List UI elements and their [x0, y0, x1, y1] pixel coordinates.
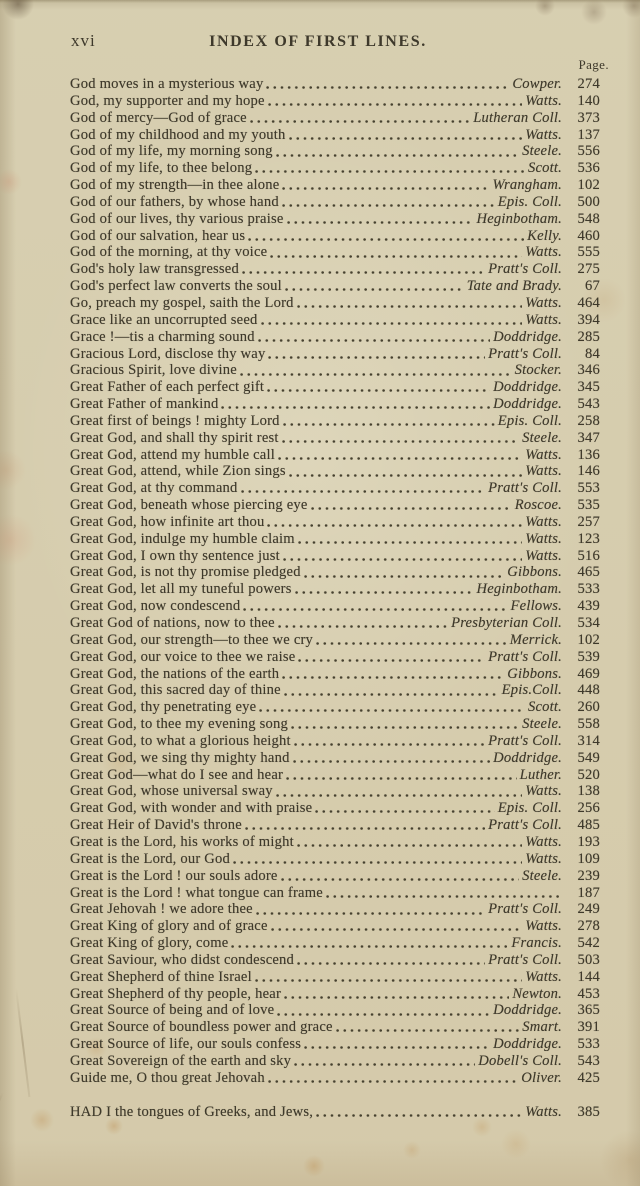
entry-page-number: 556 — [562, 143, 600, 160]
entry-page-number: 460 — [562, 228, 600, 245]
dot-leader — [296, 295, 523, 312]
index-entry: God of my strength—in thee alone Wrangha… — [70, 177, 600, 194]
entry-author: Watts. — [525, 548, 562, 565]
index-entry: Great King of glory and of grace Watts. … — [70, 918, 600, 935]
entry-page-number: 439 — [562, 598, 600, 615]
entry-first-line: Go, preach my gospel, saith the Lord — [70, 295, 294, 312]
entry-page-number: 347 — [562, 430, 600, 447]
index-entry: Great Source of life, our souls confess … — [70, 1036, 600, 1053]
index-entry: Great God—what do I see and hear Luther.… — [70, 767, 600, 784]
entry-first-line: Great God, this sacred day of thine — [70, 682, 281, 699]
entry-first-line: Great Source of boundless power and grac… — [70, 1019, 333, 1036]
entry-first-line: Great God, whose universal sway — [70, 783, 273, 800]
dot-leader — [269, 244, 522, 261]
entry-page-number: 520 — [562, 767, 600, 784]
entry-author: Steele. — [522, 430, 562, 447]
index-entry: Great God, with wonder and with praise E… — [70, 800, 600, 817]
crease-line — [0, 1092, 4, 1186]
entry-author: Pratt's Coll. — [488, 346, 562, 363]
scanned-book-page: xvi INDEX OF FIRST LINES. Page. God move… — [0, 0, 640, 1186]
dot-leader — [267, 346, 485, 363]
entry-first-line: God of our fathers, by whose hand — [70, 194, 279, 211]
dot-leader — [277, 615, 448, 632]
dot-leader — [277, 447, 522, 464]
entry-author: Dobell's Coll. — [478, 1053, 562, 1070]
dot-leader — [282, 548, 522, 565]
entry-first-line: Great is the Lord ! what tongue can fram… — [70, 885, 323, 902]
dot-leader — [266, 514, 522, 531]
entry-author: Doddridge. — [493, 329, 562, 346]
index-entry: Great Shepherd of thy people, hear Newto… — [70, 986, 600, 1003]
entry-first-line: Great God, and shall thy spirit rest — [70, 430, 279, 447]
entry-first-line: Great Shepherd of thine Israel — [70, 969, 252, 986]
entry-author: Doddridge. — [493, 379, 562, 396]
entry-first-line: Great is the Lord, our God — [70, 851, 230, 868]
entry-page-number: 453 — [562, 986, 600, 1003]
entry-author: Watts. — [525, 531, 562, 548]
entry-first-line: God of the morning, at thy voice — [70, 244, 267, 261]
entry-page-number: 278 — [562, 918, 600, 935]
index-entry: Great God, this sacred day of thine Epis… — [70, 682, 600, 699]
entry-page-number: 187 — [562, 885, 600, 902]
entry-page-number: 275 — [562, 261, 600, 278]
entry-author: Watts. — [525, 969, 562, 986]
dot-leader — [281, 666, 504, 683]
entry-author: Heginbotham. — [477, 581, 563, 598]
dot-leader — [283, 682, 499, 699]
entry-author: Pratt's Coll. — [488, 261, 562, 278]
entry-author: Heginbotham. — [477, 211, 563, 228]
entry-first-line: Great Saviour, who didst condescend — [70, 952, 294, 969]
entry-page-number: 136 — [562, 447, 600, 464]
index-entry: Great God, now condescend Fellows. 439 — [70, 598, 600, 615]
index-entry: Great is the Lord ! our souls adore Stee… — [70, 868, 600, 885]
index-entry: Great Jehovah ! we adore thee Pratt's Co… — [70, 901, 600, 918]
dot-leader — [293, 733, 485, 750]
entry-first-line: Great King of glory, come — [70, 935, 228, 952]
entry-page-number: 448 — [562, 682, 600, 699]
entry-first-line: God of my life, to thee belong — [70, 160, 252, 177]
dot-leader — [292, 750, 491, 767]
entry-author: Gibbons. — [507, 666, 562, 683]
index-entry: Great God, indulge my humble claim Watts… — [70, 531, 600, 548]
entry-first-line: God of my childhood and my youth — [70, 127, 286, 144]
entry-page-number: 67 — [562, 278, 600, 295]
dot-leader — [303, 1036, 490, 1053]
entry-page-number: 391 — [562, 1019, 600, 1036]
entry-first-line: Great God—what do I see and hear — [70, 767, 283, 784]
index-entry: Great God, let all my tuneful powers Heg… — [70, 581, 600, 598]
dot-leader — [281, 177, 489, 194]
index-entry: God of mercy—God of grace Lutheran Coll.… — [70, 110, 600, 127]
entry-first-line: Great is the Lord ! our souls adore — [70, 868, 278, 885]
index-entry: Guide me, O thou great Jehovah Oliver. 4… — [70, 1070, 600, 1087]
entry-first-line: Great Jehovah ! we adore thee — [70, 901, 253, 918]
index-entry: Great Heir of David's throne Pratt's Col… — [70, 817, 600, 834]
index-entry: Great God, thy penetrating eye Scott. 26… — [70, 699, 600, 716]
index-entry: Great Father of each perfect gift Doddri… — [70, 379, 600, 396]
entry-page-number: 469 — [562, 666, 600, 683]
entry-page-number: 140 — [562, 93, 600, 110]
entry-page-number: 138 — [562, 783, 600, 800]
entry-page-number: 516 — [562, 548, 600, 565]
entry-first-line: Great God, with wonder and with praise — [70, 800, 312, 817]
entry-author: Doddridge. — [493, 750, 562, 767]
dot-leader — [266, 379, 490, 396]
entry-page-number: 425 — [562, 1070, 600, 1087]
entry-page-number: 146 — [562, 463, 600, 480]
entry-author: Steele. — [522, 716, 562, 733]
dot-leader — [270, 918, 523, 935]
index-entry: Gracious Spirit, love divine Stocker. 34… — [70, 362, 600, 379]
entry-author: Oliver. — [521, 1070, 562, 1087]
entry-author: Wrangham. — [492, 177, 562, 194]
index-entry: Great God, attend my humble call Watts. … — [70, 447, 600, 464]
entry-first-line: Great God, indulge my humble claim — [70, 531, 295, 548]
index-entry: Gracious Lord, disclose thy way Pratt's … — [70, 346, 600, 363]
entry-author: Scott. — [528, 160, 562, 177]
dot-leader — [240, 480, 486, 497]
entry-page-number: 314 — [562, 733, 600, 750]
entry-first-line: Grace like an uncorrupted seed — [70, 312, 258, 329]
entry-first-line: Great Sovereign of the earth and sky — [70, 1053, 291, 1070]
entry-page-number: 123 — [562, 531, 600, 548]
entry-first-line: Great God, our strength—to thee we cry — [70, 632, 313, 649]
entry-page-number: 542 — [562, 935, 600, 952]
entry-first-line: Great is the Lord, his works of might — [70, 834, 294, 851]
entry-author: Watts. — [525, 93, 562, 110]
entry-author: Watts. — [525, 918, 562, 935]
entry-first-line: Great Father of mankind — [70, 396, 218, 413]
entry-first-line: Great God, thy penetrating eye — [70, 699, 256, 716]
dot-leader — [265, 76, 509, 93]
entry-author: Tate and Brady. — [467, 278, 562, 295]
entry-author: Pratt's Coll. — [488, 901, 562, 918]
entry-author: Pratt's Coll. — [488, 952, 562, 969]
entry-author: Doddridge. — [493, 1036, 562, 1053]
entry-first-line: Great first of beings ! mighty Lord — [70, 413, 280, 430]
entry-first-line: Great God, now condescend — [70, 598, 240, 615]
entry-author: Fellows. — [511, 598, 562, 615]
entry-author: Roscoe. — [515, 497, 562, 514]
entry-author: Steele. — [522, 143, 562, 160]
entry-first-line: Gracious Lord, disclose thy way — [70, 346, 265, 363]
index-entry: Go, preach my gospel, saith the Lord Wat… — [70, 295, 600, 312]
entry-page-number: 500 — [562, 194, 600, 211]
entry-first-line: God, my supporter and my hope — [70, 93, 265, 110]
index-entry: Grace like an uncorrupted seed Watts. 39… — [70, 312, 600, 329]
entry-page-number: 345 — [562, 379, 600, 396]
dot-leader — [230, 935, 508, 952]
dot-leader — [315, 632, 507, 649]
index-entry: Great God, attend, while Zion sings Watt… — [70, 463, 600, 480]
dot-leader — [296, 952, 485, 969]
entry-first-line: Guide me, O thou great Jehovah — [70, 1070, 265, 1087]
entry-page-number: 548 — [562, 211, 600, 228]
dot-leader — [280, 868, 520, 885]
entry-first-line: Great God, let all my tuneful powers — [70, 581, 292, 598]
page-title: INDEX OF FIRST LINES. — [0, 33, 636, 51]
entry-page-number: 535 — [562, 497, 600, 514]
entry-author: Watts. — [525, 834, 562, 851]
entry-author: Epis.Coll. — [502, 682, 562, 699]
dot-leader — [310, 497, 512, 514]
entry-page-number: 257 — [562, 514, 600, 531]
entry-page-number: 102 — [562, 632, 600, 649]
dot-leader — [275, 783, 522, 800]
entry-author: Cowper. — [512, 76, 562, 93]
entry-page-number: 533 — [562, 581, 600, 598]
dot-leader — [276, 1002, 490, 1019]
entry-page-number: 285 — [562, 329, 600, 346]
dot-leader — [247, 228, 524, 245]
dot-leader — [275, 143, 519, 160]
entry-first-line: Great Source of being and of love — [70, 1002, 274, 1019]
entry-first-line: Great Father of each perfect gift — [70, 379, 264, 396]
index-entry: Great King of glory, come Francis. 542 — [70, 935, 600, 952]
index-entry: God of our fathers, by whose hand Epis. … — [70, 194, 600, 211]
dot-leader — [241, 261, 485, 278]
entry-first-line: Great God, how infinite art thou — [70, 514, 264, 531]
dot-leader — [303, 564, 505, 581]
entry-page-number: 503 — [562, 952, 600, 969]
index-entry: God's perfect law converts the soul Tate… — [70, 278, 600, 295]
dot-leader — [288, 463, 523, 480]
entry-author: Watts. — [525, 514, 562, 531]
index-entry: Great Source of boundless power and grac… — [70, 1019, 600, 1036]
dot-leader — [255, 901, 485, 918]
entry-first-line: Grace !—tis a charming sound — [70, 329, 255, 346]
entry-first-line: Great God, beneath whose piercing eye — [70, 497, 308, 514]
index-entry: Great God, is not thy promise pledged Gi… — [70, 564, 600, 581]
dot-leader — [296, 834, 522, 851]
entry-author: Watts. — [525, 463, 562, 480]
entry-author: Watts. — [525, 447, 562, 464]
entry-author: Watts. — [525, 295, 562, 312]
entry-first-line: Gracious Spirit, love divine — [70, 362, 237, 379]
dot-leader — [314, 800, 495, 817]
index-entry: Great first of beings ! mighty Lord Epis… — [70, 413, 600, 430]
entry-first-line: God's perfect law converts the soul — [70, 278, 282, 295]
entry-page-number: 543 — [562, 1053, 600, 1070]
entry-first-line: God of my life, my morning song — [70, 143, 273, 160]
entry-first-line: God moves in a mysterious way — [70, 76, 263, 93]
entry-first-line: God of my strength—in thee alone — [70, 177, 279, 194]
dot-leader — [244, 817, 485, 834]
entry-first-line: Great God, we sing thy mighty hand — [70, 750, 290, 767]
entry-author: Presbyterian Coll. — [451, 615, 562, 632]
entry-author: Watts. — [525, 851, 562, 868]
page-column-label: Page. — [578, 57, 609, 73]
index-entry: God, my supporter and my hope Watts. 140 — [70, 93, 600, 110]
entry-first-line: Great God, at thy command — [70, 480, 238, 497]
entry-author: Pratt's Coll. — [488, 649, 562, 666]
index-entry: God moves in a mysterious way Cowper. 27… — [70, 76, 600, 93]
index-entry: God of my life, my morning song Steele. … — [70, 143, 600, 160]
dot-leader — [239, 362, 512, 379]
entry-author: Watts. — [525, 244, 562, 261]
entry-author: Watts. — [525, 783, 562, 800]
index-entry: God of our lives, thy various praise Heg… — [70, 211, 600, 228]
dot-leader — [288, 127, 523, 144]
entry-author: Watts. — [525, 127, 562, 144]
entry-author: Lutheran Coll. — [473, 110, 562, 127]
index-entry: Great God, to thee my evening song Steel… — [70, 716, 600, 733]
entry-page-number: 258 — [562, 413, 600, 430]
entry-page-number: 84 — [562, 346, 600, 363]
entry-author: Pratt's Coll. — [488, 733, 562, 750]
index-entry: Great God, our strength—to thee we cry M… — [70, 632, 600, 649]
entry-author: Smart. — [522, 1019, 562, 1036]
index-entry: Great God, at thy command Pratt's Coll. … — [70, 480, 600, 497]
entry-page-number: 539 — [562, 649, 600, 666]
index-entry: Great is the Lord ! what tongue can fram… — [70, 885, 600, 902]
entry-first-line: Great God of nations, now to thee — [70, 615, 275, 632]
entry-author: Epis. Coll. — [498, 194, 562, 211]
entry-author: Luther. — [520, 767, 562, 784]
dot-leader — [281, 430, 519, 447]
entry-page-number: 555 — [562, 244, 600, 261]
index-entry: Great Shepherd of thine Israel Watts. 14… — [70, 969, 600, 986]
entry-first-line: Great God, to what a glorious height — [70, 733, 291, 750]
entry-first-line: God of our salvation, hear us — [70, 228, 245, 245]
index-entry: God of my life, to thee belong Scott. 53… — [70, 160, 600, 177]
entry-first-line: Great Heir of David's throne — [70, 817, 242, 834]
index-entry: God's holy law transgressed Pratt's Coll… — [70, 261, 600, 278]
entry-first-line: Great God, to thee my evening song — [70, 716, 288, 733]
entry-first-line: God of our lives, thy various praise — [70, 211, 284, 228]
entry-page-number: 543 — [562, 396, 600, 413]
dot-leader — [283, 986, 509, 1003]
dot-leader — [285, 767, 517, 784]
dot-leader — [284, 278, 464, 295]
dot-leader — [315, 1104, 522, 1121]
index-entry: HAD I the tongues of Greeks, and Jews, W… — [70, 1104, 600, 1121]
crease-line — [15, 988, 30, 1097]
entry-page-number: 465 — [562, 564, 600, 581]
entry-page-number: 536 — [562, 160, 600, 177]
index-entry: Great God of nations, now to thee Presby… — [70, 615, 600, 632]
entry-page-number: 144 — [562, 969, 600, 986]
entry-page-number: 260 — [562, 699, 600, 716]
entry-first-line: Great God, I own thy sentence just — [70, 548, 280, 565]
entry-page-number: 549 — [562, 750, 600, 767]
entry-page-number: 533 — [562, 1036, 600, 1053]
entry-page-number: 137 — [562, 127, 600, 144]
entry-page-number: 464 — [562, 295, 600, 312]
dot-leader — [267, 93, 523, 110]
dot-leader — [290, 716, 519, 733]
entry-page-number: 534 — [562, 615, 600, 632]
index-entry: Great is the Lord, our God Watts. 109 — [70, 851, 600, 868]
dot-leader — [257, 329, 490, 346]
index-entry: Great God, how infinite art thou Watts. … — [70, 514, 600, 531]
index-entry: Great God, I own thy sentence just Watts… — [70, 548, 600, 565]
dot-leader — [258, 699, 525, 716]
dot-leader — [335, 1019, 520, 1036]
index-entry: Great God, to what a glorious height Pra… — [70, 733, 600, 750]
entry-page-number: 385 — [562, 1104, 600, 1121]
dot-leader — [267, 1070, 518, 1087]
entry-author: Newton. — [512, 986, 562, 1003]
entry-author: Francis. — [511, 935, 562, 952]
index-entry: Great Saviour, who didst condescend Prat… — [70, 952, 600, 969]
index-entry: Great God, we sing thy mighty hand Doddr… — [70, 750, 600, 767]
entry-first-line: Great Source of life, our souls confess — [70, 1036, 301, 1053]
entry-author: Scott. — [528, 699, 562, 716]
index-entry: Great God, whose universal sway Watts. 1… — [70, 783, 600, 800]
index-entry: Great Sovereign of the earth and sky Dob… — [70, 1053, 600, 1070]
entry-author: Epis. Coll. — [498, 800, 562, 817]
entry-author: Pratt's Coll. — [488, 480, 562, 497]
dot-leader — [281, 194, 495, 211]
dot-leader — [293, 1053, 475, 1070]
entry-first-line: Great King of glory and of grace — [70, 918, 268, 935]
entry-page-number: 394 — [562, 312, 600, 329]
entry-page-number: 373 — [562, 110, 600, 127]
entry-page-number: 102 — [562, 177, 600, 194]
dot-leader — [220, 396, 490, 413]
index-entry: Great God, our voice to thee we raise Pr… — [70, 649, 600, 666]
entry-page-number: 109 — [562, 851, 600, 868]
entry-page-number: 256 — [562, 800, 600, 817]
entry-page-number: 558 — [562, 716, 600, 733]
dot-leader — [282, 413, 495, 430]
index-entry: God of the morning, at thy voice Watts. … — [70, 244, 600, 261]
entry-author: Epis. Coll. — [498, 413, 562, 430]
entry-author: Doddridge. — [493, 1002, 562, 1019]
dot-leader — [242, 598, 507, 615]
index-entry: Great God, the nations of the earth Gibb… — [70, 666, 600, 683]
dot-leader — [260, 312, 523, 329]
entry-page-number: 274 — [562, 76, 600, 93]
entry-author: Kelly. — [527, 228, 562, 245]
entry-page-number: 249 — [562, 901, 600, 918]
index-entry: God of our salvation, hear us Kelly. 460 — [70, 228, 600, 245]
entry-author: Pratt's Coll. — [488, 817, 562, 834]
entry-first-line: Great Shepherd of thy people, hear — [70, 986, 281, 1003]
index-entry: Great is the Lord, his works of might Wa… — [70, 834, 600, 851]
dot-leader — [325, 885, 559, 902]
index-entry: Great God, and shall thy spirit rest Ste… — [70, 430, 600, 447]
entry-first-line: Great God, our voice to thee we raise — [70, 649, 295, 666]
entry-first-line: HAD I the tongues of Greeks, and Jews, — [70, 1104, 313, 1121]
dot-leader — [286, 211, 474, 228]
dot-leader — [294, 581, 474, 598]
entry-author: Stocker. — [515, 362, 562, 379]
dot-leader — [232, 851, 522, 868]
entry-first-line: God's holy law transgressed — [70, 261, 239, 278]
entry-author: Doddridge. — [493, 396, 562, 413]
index-entry: God of my childhood and my youth Watts. … — [70, 127, 600, 144]
index-entry: Grace !—tis a charming sound Doddridge. … — [70, 329, 600, 346]
entry-first-line: Great God, is not thy promise pledged — [70, 564, 301, 581]
dot-leader — [297, 531, 522, 548]
index-entry: Great Father of mankind Doddridge. 543 — [70, 396, 600, 413]
entry-author: Watts. — [525, 1104, 562, 1121]
entry-author: Merrick. — [510, 632, 562, 649]
entry-first-line: God of mercy—God of grace — [70, 110, 247, 127]
entry-page-number: 553 — [562, 480, 600, 497]
entry-first-line: Great God, the nations of the earth — [70, 666, 279, 683]
dot-leader — [254, 969, 522, 986]
entry-page-number: 239 — [562, 868, 600, 885]
dot-leader — [249, 110, 470, 127]
entry-page-number: 365 — [562, 1002, 600, 1019]
entry-page-number: 346 — [562, 362, 600, 379]
entry-author: Watts. — [525, 312, 562, 329]
entry-first-line: Great God, attend, while Zion sings — [70, 463, 286, 480]
